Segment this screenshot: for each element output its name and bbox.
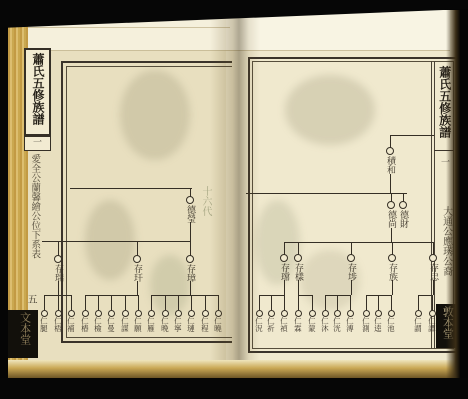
left-spine-title: 蕭氏五修族譜: [31, 53, 44, 125]
right-chart-frame-inner: [252, 61, 454, 349]
left-volume-box: 一: [24, 136, 51, 151]
left-page-top-edge: [26, 27, 230, 28]
left-margin-caption: 愛全公蘭馨繪公位下系表: [29, 154, 39, 259]
page-bottom-edges: [8, 360, 458, 378]
book-gutter-shadow: [210, 10, 260, 378]
left-hall-stamp: 文本堂: [8, 310, 38, 358]
page-number: 五: [23, 294, 38, 304]
right-margin-divider-inner: [434, 61, 435, 349]
genealogy-book-scan: 十六代 德瑩存瑞存玕存璋仁腿仁梧仁補仁椿仁檢仁曼仁謀仁願仁雁仁晚仁寧仁璉仁程仁曉…: [0, 0, 468, 399]
right-margin-divider: [431, 61, 432, 349]
left-hall-stamp-text: 文本堂: [18, 312, 31, 345]
left-chart-frame-inner: [66, 66, 232, 338]
background-bottom: [0, 378, 468, 399]
book-right-edge: [446, 10, 460, 378]
